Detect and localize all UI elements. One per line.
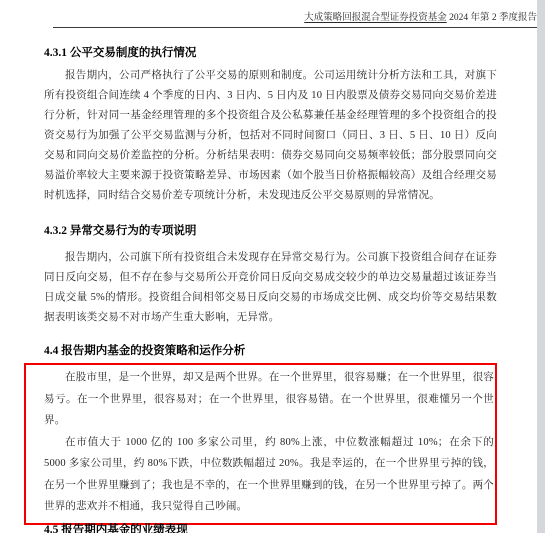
section-paragraph-fair-trading: 报告期内，公司严格执行了公平交易的原则和制度。公司运用统计分析方法和工具，对旗下… (44, 66, 497, 206)
section-heading-investment-strategy: 4.4 报告期内基金的投资策略和运作分析 (44, 344, 497, 358)
section-paragraph-abnormal-trading: 报告期内，公司旗下所有投资组合未发现存在异常交易行为。公司旗下投资组合间存在证券… (44, 248, 497, 328)
report-period-text: 2024 年第 2 季度报告 (447, 13, 537, 23)
section-heading-performance-partial: 4.5 报告期内基金的业绩表现 (44, 523, 188, 533)
report-header: 大成策略回报混合型证券投资基金 2024 年第 2 季度报告 (0, 12, 537, 25)
header-divider (53, 27, 537, 28)
fund-name-text: 大成策略回报混合型证券投资基金 (304, 13, 447, 23)
document-page: 大成策略回报混合型证券投资基金 2024 年第 2 季度报告 4.3.1 公平交… (0, 0, 550, 533)
highlight-paragraph-1: 在股市里，是一个世界，却又是两个世界。在一个世界里，很容易赚；在一个世界里，很容… (44, 367, 494, 432)
section-heading-fair-trading: 4.3.1 公平交易制度的执行情况 (44, 46, 497, 60)
section-heading-abnormal-trading: 4.3.2 异常交易行为的专项说明 (44, 224, 497, 238)
highlight-box: 在股市里，是一个世界，却又是两个世界。在一个世界里，很容易赚；在一个世界里，很容… (24, 363, 497, 525)
page-edge-strip (537, 0, 545, 533)
document-body: 4.3.1 公平交易制度的执行情况 报告期内，公司严格执行了公平交易的原则和制度… (44, 46, 497, 358)
highlight-paragraph-2: 在市值大于 1000 亿的 100 多家公司里，约 80%上涨，中位数涨幅超过 … (44, 432, 494, 518)
